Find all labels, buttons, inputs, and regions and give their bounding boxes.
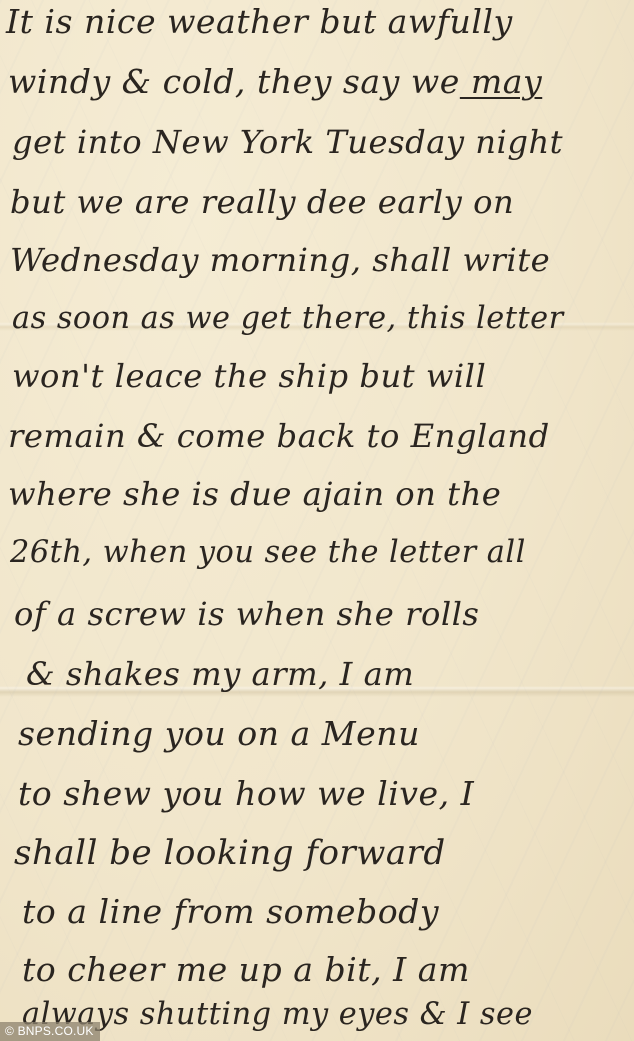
line-text: to cheer me up a bit, I am	[22, 950, 470, 989]
line-text: It is nice weather but awfully	[6, 2, 513, 41]
handwritten-line: where she is due ajain on the	[8, 475, 501, 513]
handwritten-line: as soon as we get there, this letter	[12, 301, 564, 336]
line-text: remain & come back to England	[8, 417, 550, 455]
underlined-word: may	[460, 62, 542, 101]
line-text: 26th, when you see the letter all	[10, 535, 526, 570]
handwritten-line: to a line from somebody	[22, 892, 439, 931]
handwritten-line: windy & cold, they say we may	[8, 62, 542, 101]
line-text: won't leace the ship but will	[12, 357, 486, 395]
handwritten-line: Wednesday morning, shall write	[10, 241, 550, 279]
line-text: windy & cold, they say we	[8, 62, 460, 101]
letter-page: It is nice weather but awfullywindy & co…	[0, 0, 634, 1041]
line-text: get into New York Tuesday night	[12, 123, 563, 161]
line-text: to a line from somebody	[22, 892, 439, 931]
handwritten-line: It is nice weather but awfully	[6, 2, 513, 41]
handwritten-line: 26th, when you see the letter all	[10, 535, 526, 570]
handwritten-line: to cheer me up a bit, I am	[22, 950, 470, 989]
line-text: Wednesday morning, shall write	[10, 241, 550, 279]
handwritten-line: sending you on a Menu	[18, 714, 420, 753]
handwritten-line: shall be looking forward	[14, 833, 446, 873]
handwritten-line: remain & come back to England	[8, 417, 550, 455]
handwritten-line: to shew you how we live, I	[18, 774, 474, 813]
handwritten-line: won't leace the ship but will	[12, 357, 486, 395]
line-text: shall be looking forward	[14, 833, 446, 873]
line-text: as soon as we get there, this letter	[12, 301, 564, 336]
line-text: where she is due ajain on the	[8, 475, 501, 513]
line-text: sending you on a Menu	[18, 714, 420, 753]
handwritten-line: & shakes my arm, I am	[26, 655, 414, 693]
line-text: of a screw is when she rolls	[14, 595, 479, 633]
line-text: to shew you how we live, I	[18, 774, 474, 813]
handwritten-line: of a screw is when she rolls	[14, 595, 479, 633]
handwritten-line: but we are really dee early on	[10, 183, 514, 221]
line-text: & shakes my arm, I am	[26, 655, 414, 693]
line-text: but we are really dee early on	[10, 183, 514, 221]
copyright-watermark: © BNPS.CO.UK	[0, 1022, 100, 1041]
handwritten-line: get into New York Tuesday night	[12, 123, 563, 161]
